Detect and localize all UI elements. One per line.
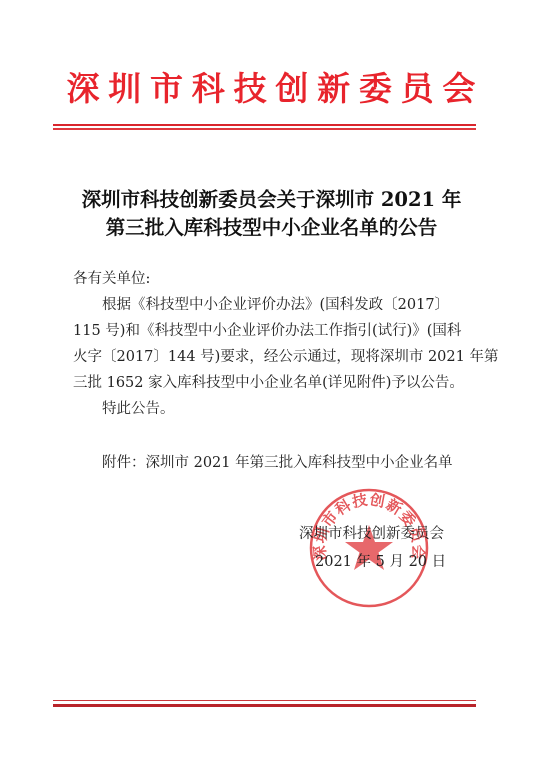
paragraph-line: 115 号)和《科技型中小企业评价办法工作指引(试行)》(国科 (73, 318, 473, 344)
masthead-char: 科 (191, 66, 225, 112)
closing-remark: 特此公告。 (73, 396, 502, 422)
masthead-char: 深 (66, 66, 100, 112)
masthead-char: 圳 (108, 66, 142, 112)
masthead-char: 创 (275, 66, 309, 112)
masthead-char: 会 (442, 66, 476, 112)
official-seal: 深圳市科技创新委员会 (308, 487, 430, 609)
paragraph-line: 根据《科技型中小企业评价办法》(国科发政〔2017〕 (73, 292, 473, 318)
body-paragraph: 根据《科技型中小企业评价办法》(国科发政〔2017〕 115 号)和《科技型中小… (73, 292, 473, 396)
paragraph-line: 火字〔2017〕144 号)要求，经公示通过，现将深圳市 2021 年第 (73, 344, 473, 370)
document-page: 深 圳 市 科 技 创 新 委 员 会 深圳市科技创新委员会关于深圳市 2021… (0, 0, 543, 768)
masthead-title: 深 圳 市 科 技 创 新 委 员 会 (66, 66, 476, 112)
masthead-char: 技 (233, 66, 267, 112)
salutation: 各有关单位: (73, 266, 473, 292)
attachment-note: 附件：深圳市 2021 年第三批入库科技型中小企业名单 (73, 450, 502, 476)
paragraph-line: 三批 1652 家入库科技型中小企业名单(详见附件)予以公告。 (73, 370, 473, 396)
footer-rule-thick (53, 704, 476, 707)
header-rule-thick (53, 124, 476, 126)
footer-rule-thin (53, 700, 476, 701)
document-title-line-2: 第三批入库科技型中小企业名单的公告 (60, 214, 483, 241)
masthead-char: 新 (317, 66, 351, 112)
signing-organization: 深圳市科技创新委员会 (299, 523, 444, 545)
header-rule-thin (53, 128, 476, 130)
masthead-char: 员 (400, 66, 434, 112)
masthead-char: 委 (358, 66, 392, 112)
masthead-char: 市 (150, 66, 184, 112)
document-title-line-1: 深圳市科技创新委员会关于深圳市 2021 年 (60, 186, 483, 213)
signing-date: 2021 年 5 月 20 日 (315, 551, 446, 573)
